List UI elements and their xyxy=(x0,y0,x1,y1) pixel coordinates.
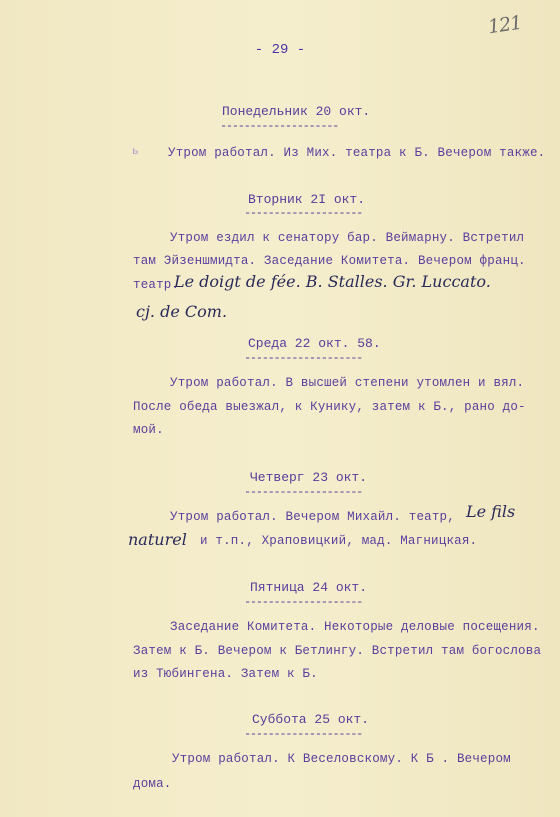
page-number: - 29 - xyxy=(0,42,560,58)
document-page: 121 - 29 - ь Понедельник 20 окт. -------… xyxy=(0,0,560,817)
heading-underline: -------------------- xyxy=(244,351,362,365)
entry-heading-thursday: Четверг 23 окт. xyxy=(250,470,367,485)
entry-line: театр. xyxy=(133,278,179,292)
entry-line: Утром работал. Из Мих. театра к Б. Вечер… xyxy=(168,146,545,160)
entry-line: После обеда выезжал, к Кунику, затем к Б… xyxy=(133,400,526,414)
handwritten-note: Le fils xyxy=(466,502,515,521)
entry-line: дома. xyxy=(133,777,172,791)
entry-heading-saturday: Суббота 25 окт. xyxy=(252,712,369,727)
heading-underline: -------------------- xyxy=(244,206,362,220)
entry-heading-friday: Пятница 24 окт. xyxy=(250,580,367,595)
handwritten-note: naturel xyxy=(128,530,187,549)
entry-heading-wednesday: Среда 22 окт. 58. xyxy=(248,336,381,351)
entry-line: Затем к Б. Вечером к Бетлингу. Встретил … xyxy=(133,644,541,658)
margin-mark: ь xyxy=(132,146,139,158)
entry-line: Утром работал. К Веселовскому. К Б . Веч… xyxy=(172,752,511,766)
entry-line: и т.п., Храповицкий, мад. Магницкая. xyxy=(200,534,477,548)
heading-underline: -------------------- xyxy=(244,727,362,741)
entry-line: Утром работал. Вечером Михайл. театр, xyxy=(170,510,455,524)
heading-underline: -------------------- xyxy=(220,119,338,133)
entry-line: Утром работал. В высшей степени утомлен … xyxy=(170,376,524,390)
entry-line: Заседание Комитета. Некоторые деловые по… xyxy=(170,620,540,634)
heading-underline: -------------------- xyxy=(244,595,362,609)
entry-heading-tuesday: Вторник 2I окт. xyxy=(248,192,365,207)
entry-line: мой. xyxy=(133,423,164,437)
heading-underline: -------------------- xyxy=(244,485,362,499)
entry-line: там Эйзеншмидта. Заседание Комитета. Веч… xyxy=(133,254,526,268)
entry-heading-monday: Понедельник 20 окт. xyxy=(222,104,370,119)
entry-line: Утром ездил к сенатору бар. Веймарну. Вс… xyxy=(170,231,524,245)
handwritten-note: cj. de Com. xyxy=(136,302,227,321)
archive-folio-number: 121 xyxy=(487,12,523,38)
handwritten-note: Le doigt de fée. B. Stalles. Gr. Luccato… xyxy=(174,272,491,291)
entry-line: из Тюбингена. Затем к Б. xyxy=(133,667,318,681)
